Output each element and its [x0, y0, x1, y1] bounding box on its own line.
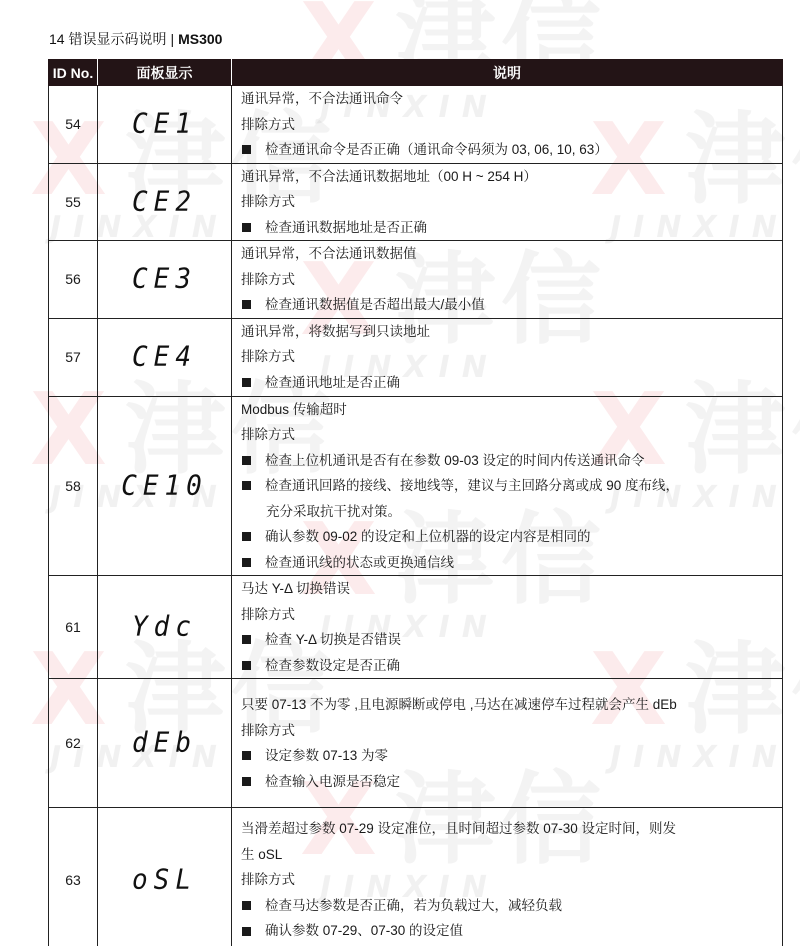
fix-method-label: 排除方式	[241, 422, 782, 448]
description-cell: 只要 07-13 不为零 ,且电源瞬断或停电 ,马达在减速停车过程就会产生 dE…	[232, 679, 783, 808]
fix-step-continuation: 充分采取抗干扰对策。	[241, 499, 782, 525]
panel-display-cell: Ydc	[98, 576, 232, 679]
fix-method-label: 排除方式	[241, 112, 782, 138]
error-id: 56	[49, 241, 98, 319]
panel-display-cell: CE10	[98, 396, 232, 576]
bullet-square-icon	[242, 635, 251, 644]
bullet-square-icon	[242, 927, 251, 936]
table-row: 63oSL当滑差超过参数 07-29 设定准位，且时间超过参数 07-30 设定…	[49, 808, 783, 946]
description-cell: 通讯异常，不合法通讯命令排除方式检查通讯命令是否正确（通讯命令码须为 03, 0…	[232, 86, 783, 164]
error-id: 55	[49, 163, 98, 241]
bullet-square-icon	[242, 378, 251, 387]
description-cell: 通讯异常，不合法通讯数据值排除方式检查通讯数据值是否超出最大/最小值	[232, 241, 783, 319]
fix-method-label: 排除方式	[241, 344, 782, 370]
bullet-square-icon	[242, 777, 251, 786]
table-row: 56CE3通讯异常，不合法通讯数据值排除方式检查通讯数据值是否超出最大/最小值	[49, 241, 783, 319]
model-name: MS300	[178, 31, 222, 47]
panel-display-cell: oSL	[98, 808, 232, 946]
error-id: 62	[49, 679, 98, 808]
bullet-square-icon	[242, 481, 251, 490]
panel-display-cell: CE1	[98, 86, 232, 164]
table-row: 54CE1通讯异常，不合法通讯命令排除方式检查通讯命令是否正确（通讯命令码须为 …	[49, 86, 783, 164]
error-id: 57	[49, 318, 98, 396]
table-row: 57CE4通讯异常，将数据写到只读地址排除方式检查通讯地址是否正确	[49, 318, 783, 396]
fix-step: 检查通讯命令是否正确（通讯命令码须为 03, 06, 10, 63）	[241, 137, 782, 163]
error-description: 马达 Y-Δ 切换错误	[241, 576, 782, 602]
fix-step: 检查通讯线的状态或更换通信线	[241, 550, 782, 576]
description-cell: 马达 Y-Δ 切换错误排除方式检查 Y-Δ 切换是否错误检查参数设定是否正确	[232, 576, 783, 679]
seven-segment-code: dEb	[132, 727, 197, 759]
fix-method-label: 排除方式	[241, 602, 782, 628]
description-cell: 当滑差超过参数 07-29 设定准位，且时间超过参数 07-30 设定时间，则发…	[232, 808, 783, 946]
seven-segment-code: Ydc	[132, 611, 197, 643]
fix-step-text: 检查马达参数是否正确，若为负载过大，减轻负载	[265, 893, 562, 919]
seven-segment-code: oSL	[132, 864, 197, 896]
seven-segment-code: CE2	[132, 186, 197, 218]
fix-step-text: 检查参数设定是否正确	[265, 653, 400, 679]
header-desc: 说明	[232, 60, 783, 86]
panel-display-cell: CE2	[98, 163, 232, 241]
seven-segment-code: CE3	[132, 264, 197, 296]
bullet-square-icon	[242, 532, 251, 541]
error-description: Modbus 传输超时	[241, 397, 782, 423]
table-row: 62dEb只要 07-13 不为零 ,且电源瞬断或停电 ,马达在减速停车过程就会…	[49, 679, 783, 808]
bullet-square-icon	[242, 751, 251, 760]
fix-step: 检查上位机通讯是否有在参数 09-03 设定的时间内传送通讯命令	[241, 448, 782, 474]
fix-step-text: 检查通讯命令是否正确（通讯命令码须为 03, 06, 10, 63）	[265, 137, 608, 163]
header-panel: 面板显示	[98, 60, 232, 86]
fix-step: 检查输入电源是否稳定	[241, 769, 782, 795]
panel-display-cell: CE4	[98, 318, 232, 396]
error-description: 只要 07-13 不为零 ,且电源瞬断或停电 ,马达在减速停车过程就会产生 dE…	[241, 692, 782, 718]
fix-step: 检查通讯数据值是否超出最大/最小值	[241, 292, 782, 318]
fix-step-text: 检查通讯数据地址是否正确	[265, 215, 427, 241]
error-id: 63	[49, 808, 98, 946]
fix-step-text: 确认参数 07-29、07-30 的设定值	[265, 918, 463, 944]
fix-step: 检查参数设定是否正确	[241, 653, 782, 679]
error-description: 通讯异常，不合法通讯数据值	[241, 241, 782, 267]
error-description: 当滑差超过参数 07-29 设定准位，且时间超过参数 07-30 设定时间，则发	[241, 816, 782, 842]
fix-step-text: 检查通讯数据值是否超出最大/最小值	[265, 292, 485, 318]
bullet-square-icon	[242, 661, 251, 670]
header-id: ID No.	[49, 60, 98, 86]
fix-step-text: 检查上位机通讯是否有在参数 09-03 设定的时间内传送通讯命令	[265, 448, 645, 474]
section-title: 14 错误显示码说明	[49, 31, 166, 47]
fix-step: 设定参数 07-13 为零	[241, 743, 782, 769]
error-code-table: ID No. 面板显示 说明 54CE1通讯异常，不合法通讯命令排除方式检查通讯…	[48, 59, 783, 946]
bullet-square-icon	[242, 300, 251, 309]
fix-step-text: 检查通讯地址是否正确	[265, 370, 400, 396]
error-id: 58	[49, 396, 98, 576]
fix-method-label: 排除方式	[241, 867, 782, 893]
panel-display-cell: CE3	[98, 241, 232, 319]
description-cell: Modbus 传输超时排除方式检查上位机通讯是否有在参数 09-03 设定的时间…	[232, 396, 783, 576]
fix-step: 检查通讯地址是否正确	[241, 370, 782, 396]
error-id: 61	[49, 576, 98, 679]
fix-step-text: 检查通讯线的状态或更换通信线	[265, 550, 454, 576]
bullet-square-icon	[242, 901, 251, 910]
description-cell: 通讯异常，将数据写到只读地址排除方式检查通讯地址是否正确	[232, 318, 783, 396]
panel-display-cell: dEb	[98, 679, 232, 808]
error-id: 54	[49, 86, 98, 164]
seven-segment-code: CE10	[121, 470, 208, 502]
fix-method-label: 排除方式	[241, 718, 782, 744]
fix-step: 检查通讯回路的接线、接地线等，建议与主回路分离或成 90 度布线，	[241, 473, 782, 499]
fix-method-label: 排除方式	[241, 189, 782, 215]
error-description: 通讯异常，将数据写到只读地址	[241, 319, 782, 345]
fix-step-text: 检查 Y-Δ 切换是否错误	[265, 627, 401, 653]
table-row: 55CE2通讯异常，不合法通讯数据地址（00 H ~ 254 H）排除方式检查通…	[49, 163, 783, 241]
fix-method-label: 排除方式	[241, 267, 782, 293]
bullet-square-icon	[242, 456, 251, 465]
table-row: 58CE10Modbus 传输超时排除方式检查上位机通讯是否有在参数 09-03…	[49, 396, 783, 576]
bullet-square-icon	[242, 145, 251, 154]
title-separator: |	[170, 31, 174, 47]
error-description: 生 oSL	[241, 842, 782, 868]
error-description: 通讯异常，不合法通讯数据地址（00 H ~ 254 H）	[241, 164, 782, 190]
table-header-row: ID No. 面板显示 说明	[49, 60, 783, 86]
bullet-square-icon	[242, 558, 251, 567]
fix-step-text: 检查输入电源是否稳定	[265, 769, 400, 795]
fix-step: 检查 Y-Δ 切换是否错误	[241, 627, 782, 653]
fix-step: 检查马达参数是否正确，若为负载过大，减轻负载	[241, 893, 782, 919]
seven-segment-code: CE4	[132, 341, 197, 373]
table-row: 61Ydc马达 Y-Δ 切换错误排除方式检查 Y-Δ 切换是否错误检查参数设定是…	[49, 576, 783, 679]
bullet-square-icon	[242, 223, 251, 232]
fix-step: 确认参数 07-29、07-30 的设定值	[241, 918, 782, 944]
description-cell: 通讯异常，不合法通讯数据地址（00 H ~ 254 H）排除方式检查通讯数据地址…	[232, 163, 783, 241]
fix-step: 检查通讯数据地址是否正确	[241, 215, 782, 241]
fix-step-text: 设定参数 07-13 为零	[265, 743, 388, 769]
fix-step: 确认参数 09-02 的设定和上位机器的设定内容是相同的	[241, 524, 782, 550]
page-title: 14 错误显示码说明|MS300	[49, 29, 222, 49]
error-description: 通讯异常，不合法通讯命令	[241, 86, 782, 112]
fix-step-text: 确认参数 09-02 的设定和上位机器的设定内容是相同的	[265, 524, 591, 550]
seven-segment-code: CE1	[132, 109, 197, 141]
fix-step-text: 检查通讯回路的接线、接地线等，建议与主回路分离或成 90 度布线，	[265, 473, 679, 499]
